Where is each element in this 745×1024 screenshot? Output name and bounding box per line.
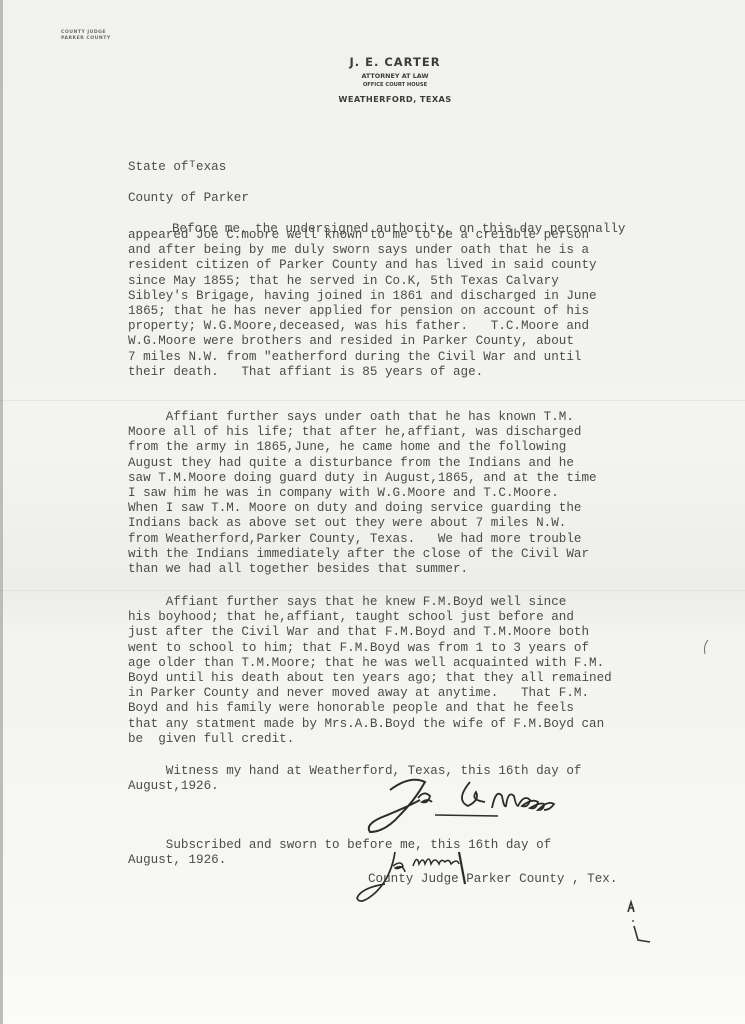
paragraph-3: Affiant further says that he knew F.M.Bo…	[128, 595, 612, 747]
letterhead-city: WEATHERFORD, TEXAS	[300, 94, 490, 104]
venue-state: State ofᵀexas	[128, 160, 226, 175]
paragraph-2: Affiant further says under oath that he …	[128, 410, 597, 577]
letterhead-name: J. E. CARTER	[300, 55, 490, 70]
paper-fold	[0, 400, 745, 401]
judge-signature: J.E. Carter	[355, 848, 535, 908]
venue-county: County of Parker	[128, 191, 249, 206]
paragraph-1: appeared Joe C.moore well known to me to…	[128, 228, 597, 380]
letterhead-office: OFFICE COURT HOUSE	[300, 82, 490, 92]
document-page: COUNTY JUDGE PARKER COUNTY J. E. CARTER …	[0, 0, 745, 1024]
margin-mark	[620, 896, 670, 946]
pencil-mark	[700, 638, 712, 658]
page-edge	[0, 0, 3, 1024]
corner-office-label: COUNTY JUDGE PARKER COUNTY	[61, 30, 111, 42]
letterhead-title: ATTORNEY AT LAW	[300, 72, 490, 82]
corner-line: PARKER COUNTY	[61, 36, 111, 42]
affiant-signature: Joe C. Moore	[360, 770, 620, 840]
letterhead: J. E. CARTER ATTORNEY AT LAW OFFICE COUR…	[300, 55, 490, 104]
paper-fold	[0, 590, 745, 591]
